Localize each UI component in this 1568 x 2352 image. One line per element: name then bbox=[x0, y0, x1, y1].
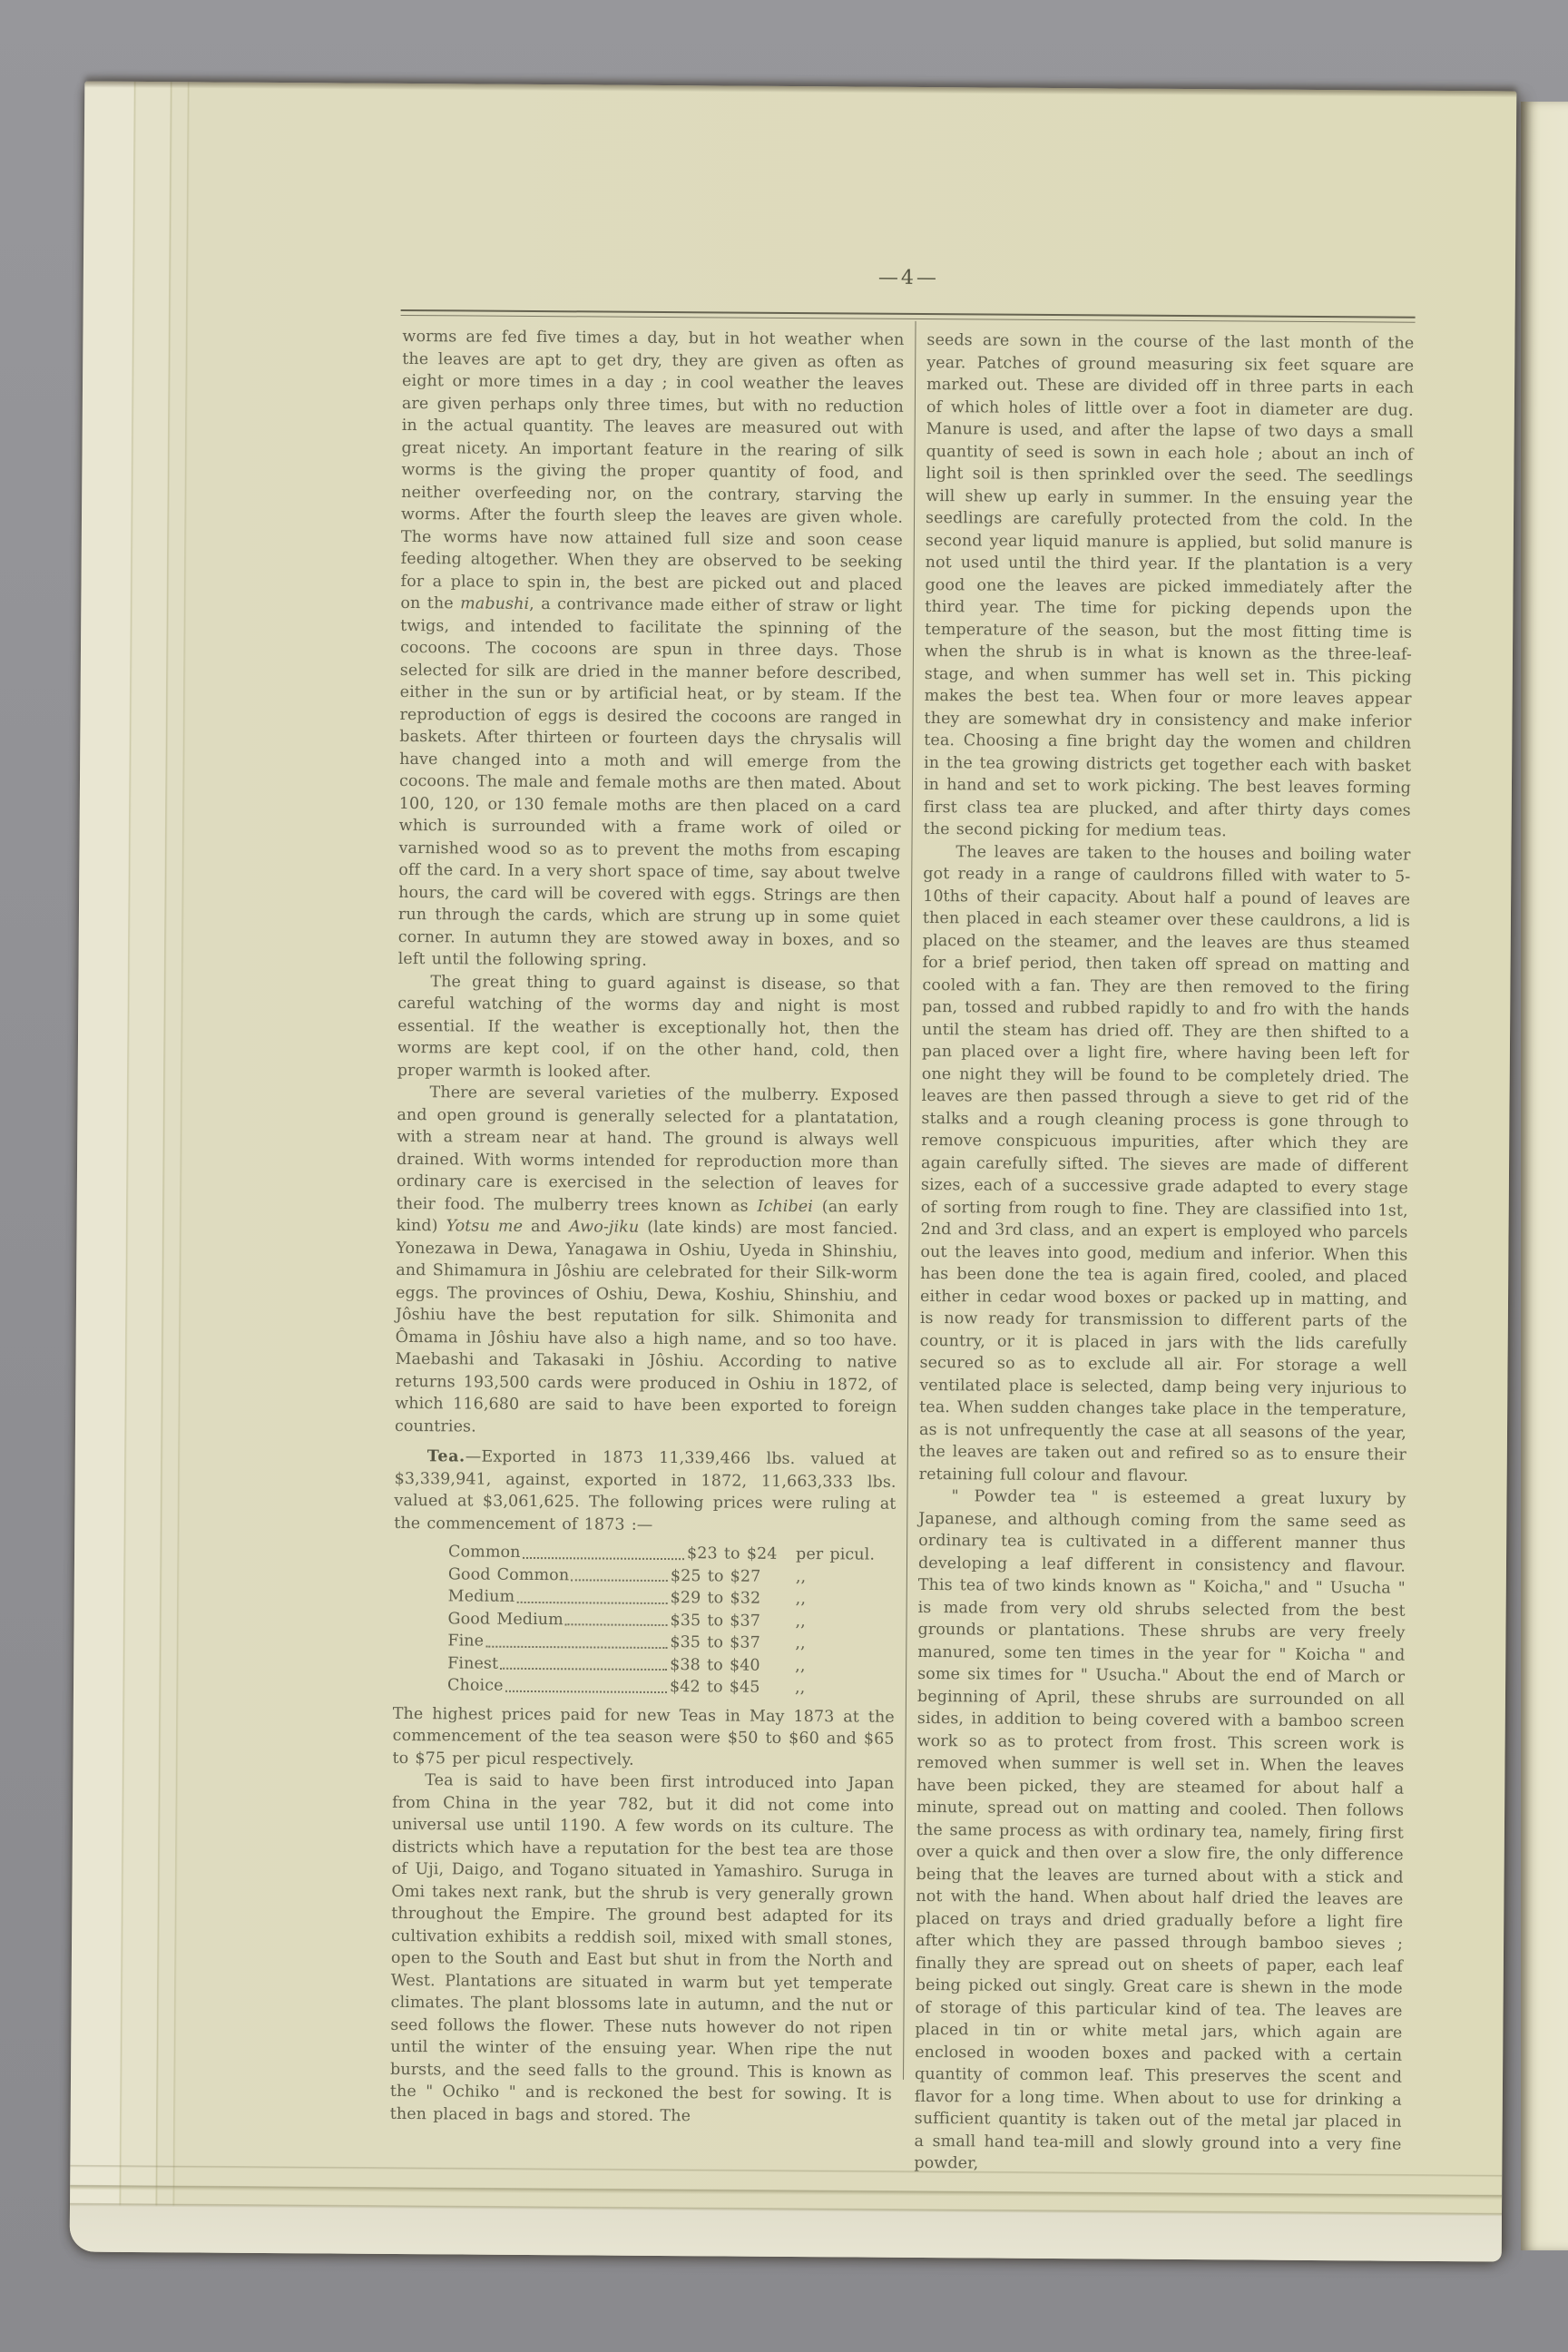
price-grade: Choice bbox=[447, 1674, 504, 1697]
text-columns: worms are fed five times a day, but in h… bbox=[389, 326, 1414, 2178]
price-leader-dots bbox=[516, 1601, 667, 1603]
paragraph-mulberry: There are several varieties of the mulbe… bbox=[395, 1082, 899, 1441]
price-unit: ,, bbox=[771, 1654, 895, 1677]
price-leader-dots bbox=[565, 1623, 668, 1626]
price-unit: ,, bbox=[772, 1565, 896, 1588]
price-unit: per picul. bbox=[789, 1543, 896, 1566]
price-value: $23 to $24 bbox=[687, 1543, 789, 1565]
header-rule bbox=[401, 309, 1416, 323]
price-leader-dots bbox=[571, 1579, 668, 1582]
paragraph-tea-history: Tea is said to have been first introduce… bbox=[390, 1769, 895, 2129]
price-grade: Finest bbox=[447, 1652, 498, 1675]
price-leader-dots bbox=[485, 1645, 667, 1648]
next-page-edge bbox=[1521, 102, 1568, 2250]
price-value: $25 to $27 bbox=[671, 1565, 772, 1588]
price-leader-dots bbox=[505, 1690, 667, 1692]
price-leader-dots bbox=[523, 1556, 684, 1559]
price-grade: Good Common bbox=[448, 1563, 570, 1586]
price-value: $42 to $45 bbox=[670, 1676, 771, 1699]
price-row: Fine $35 to $37 ,, bbox=[447, 1630, 895, 1655]
price-row: Finest $38 to $40 ,, bbox=[447, 1652, 895, 1678]
price-unit: ,, bbox=[771, 1610, 895, 1632]
price-row: Good Medium $35 to $37 ,, bbox=[447, 1608, 895, 1633]
price-value: $29 to $32 bbox=[671, 1587, 772, 1610]
right-column: seeds are sown in the course of the last… bbox=[914, 329, 1414, 2178]
price-row: Common $23 to $24 per picul. bbox=[448, 1541, 896, 1566]
price-grade: Good Medium bbox=[447, 1608, 563, 1631]
paragraph-highest-prices: The highest prices paid for new Teas in … bbox=[392, 1702, 894, 1772]
price-grade: Common bbox=[448, 1541, 521, 1563]
price-unit: ,, bbox=[771, 1677, 895, 1700]
page-number: —4— bbox=[403, 263, 1415, 293]
price-value: $35 to $37 bbox=[670, 1632, 771, 1654]
book-page: —4— worms are fed five times a day, but … bbox=[70, 82, 1517, 2262]
price-value: $35 to $37 bbox=[670, 1610, 771, 1632]
price-row: Medium $29 to $32 ,, bbox=[448, 1585, 896, 1611]
price-value: $38 to $40 bbox=[670, 1654, 771, 1677]
price-leader-dots bbox=[500, 1668, 667, 1671]
price-grade: Fine bbox=[447, 1630, 484, 1652]
page-content: —4— worms are fed five times a day, but … bbox=[70, 82, 1517, 2262]
paragraph-silkworm-feeding: worms are fed five times a day, but in h… bbox=[398, 326, 905, 974]
price-row: Good Common $25 to $27 ,, bbox=[448, 1563, 896, 1589]
left-column: worms are fed five times a day, but in h… bbox=[389, 326, 904, 2174]
price-unit: ,, bbox=[772, 1588, 896, 1611]
tea-price-list: Common $23 to $24 per picul. Good Common… bbox=[447, 1541, 896, 1700]
paragraph-disease: The great thing to guard against is dise… bbox=[397, 970, 900, 1084]
paragraph-tea-processing: The leaves are taken to the houses and b… bbox=[919, 840, 1411, 1488]
paragraph-powder-tea: " Powder tea " is esteemed a great luxur… bbox=[914, 1485, 1406, 2178]
price-unit: ,, bbox=[771, 1632, 895, 1655]
paragraph-tea-exports: Tea.—Exported in 1873 11,339,466 lbs. va… bbox=[394, 1445, 897, 1538]
paragraph-tea-sowing: seeds are sown in the course of the last… bbox=[924, 329, 1415, 844]
price-row: Choice $42 to $45 ,, bbox=[447, 1674, 895, 1700]
price-grade: Medium bbox=[448, 1585, 515, 1608]
scan-background: —4— worms are fed five times a day, but … bbox=[0, 0, 1568, 2352]
